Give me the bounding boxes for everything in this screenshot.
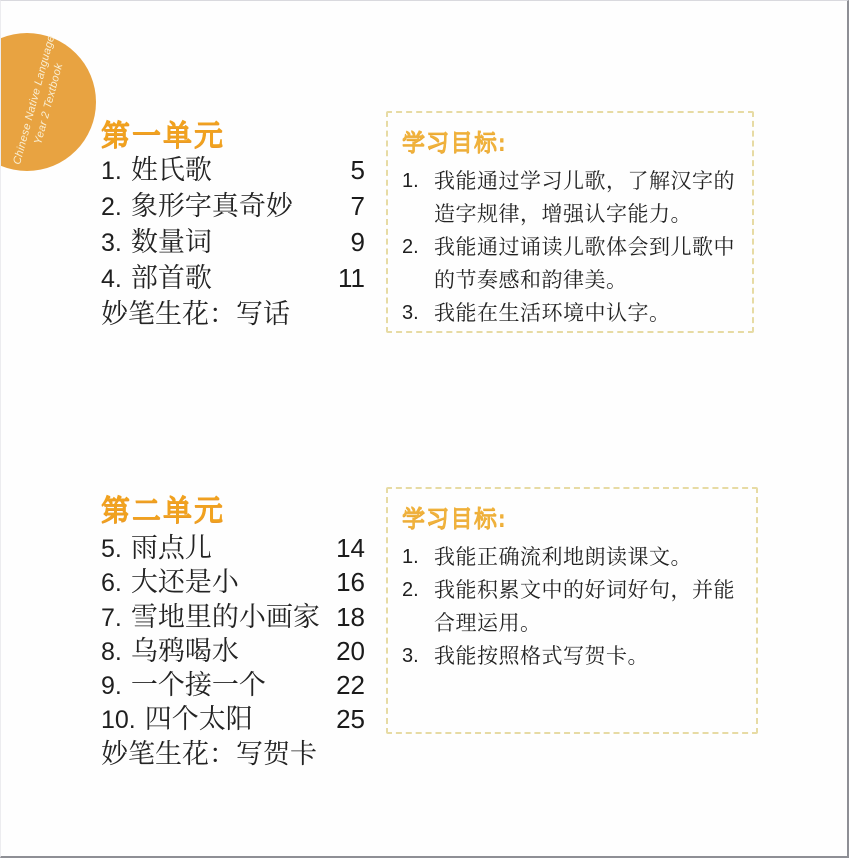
- lesson-number: 8.: [101, 638, 122, 666]
- lesson-number: 9.: [101, 672, 122, 700]
- lesson-row: 3.数量词 9: [101, 226, 365, 262]
- lesson-row: 5.雨点儿 14: [101, 532, 365, 566]
- lesson-row: 1.姓氏歌 5: [101, 154, 365, 190]
- lesson-page-number: 9: [351, 227, 365, 258]
- unit1-lesson-list: 1.姓氏歌 5 2.象形字真奇妙 7 3.数量词 9 4.部首歌 11 妙笔生花…: [101, 154, 365, 334]
- lesson-title: 姓氏歌: [131, 155, 212, 185]
- lesson-page-number: 7: [351, 191, 365, 222]
- objective-number: 1.: [402, 541, 434, 574]
- lesson-page-number: 18: [336, 602, 365, 633]
- objective-item: 2. 我能通过诵读儿歌体会到儿歌中的节奏感和韵律美。: [402, 231, 738, 297]
- lesson-number: 3.: [101, 229, 122, 257]
- unit2-title: 第二单元: [101, 488, 225, 529]
- objective-number: 1.: [402, 165, 434, 231]
- unit1-title: 第一单元: [101, 113, 225, 154]
- lesson-page-number: 14: [336, 533, 365, 564]
- lesson-title: 雨点儿: [131, 533, 212, 563]
- objective-text: 我能在生活环境中认字。: [434, 297, 671, 330]
- unit2-lesson-list: 5.雨点儿 14 6.大还是小 16 7.雪地里的小画家 18 8.乌鸦喝水 2…: [101, 532, 365, 772]
- textbook-badge-label: Chinese Native Language Year 2 Textbook: [10, 34, 74, 171]
- lesson-title: 妙笔生花：写贺卡: [101, 739, 317, 769]
- objective-number: 2.: [402, 574, 434, 640]
- lesson-title: 部首歌: [131, 263, 212, 293]
- lesson-number: 4.: [101, 265, 122, 293]
- objective-item: 1. 我能通过学习儿歌，了解汉字的造字规律，增强认字能力。: [402, 165, 738, 231]
- lesson-title: 大还是小: [131, 567, 239, 597]
- objective-text: 我能按照格式写贺卡。: [434, 640, 649, 673]
- objective-text: 我能正确流利地朗读课文。: [434, 541, 692, 574]
- lesson-number: 6.: [101, 569, 122, 597]
- unit2-objectives-box: 学习目标: 1. 我能正确流利地朗读课文。 2. 我能积累文中的好词好句，并能合…: [386, 487, 758, 734]
- lesson-title: 数量词: [131, 227, 212, 257]
- lesson-row: 8.乌鸦喝水 20: [101, 635, 365, 669]
- lesson-page-number: 11: [338, 263, 365, 294]
- lesson-title: 象形字真奇妙: [131, 191, 293, 221]
- lesson-page-number: 25: [336, 704, 365, 735]
- objective-text: 我能通过学习儿歌，了解汉字的造字规律，增强认字能力。: [434, 165, 738, 231]
- lesson-title: 四个太阳: [145, 704, 253, 734]
- objective-number: 3.: [402, 297, 434, 330]
- lesson-number: 7.: [101, 604, 122, 632]
- objective-item: 3. 我能按照格式写贺卡。: [402, 640, 742, 673]
- lesson-row: 4.部首歌 11: [101, 262, 365, 298]
- lesson-row: 妙笔生花：写贺卡: [101, 738, 365, 772]
- lesson-page-number: 20: [336, 636, 365, 667]
- lesson-title: 一个接一个: [131, 670, 266, 700]
- lesson-title: 雪地里的小画家: [131, 602, 320, 632]
- objective-text: 我能积累文中的好词好句，并能合理运用。: [434, 574, 742, 640]
- objective-item: 1. 我能正确流利地朗读课文。: [402, 541, 742, 574]
- lesson-title: 妙笔生花：写话: [101, 299, 290, 329]
- lesson-number: 1.: [101, 157, 122, 185]
- lesson-page-number: 22: [336, 670, 365, 701]
- lesson-row: 妙笔生花：写话: [101, 298, 365, 334]
- lesson-row: 2.象形字真奇妙 7: [101, 190, 365, 226]
- textbook-badge: Chinese Native Language Year 2 Textbook: [0, 33, 96, 171]
- lesson-title: 乌鸦喝水: [131, 636, 239, 666]
- objective-number: 2.: [402, 231, 434, 297]
- unit2-objectives-heading: 学习目标:: [402, 500, 742, 533]
- lesson-page-number: 16: [336, 567, 365, 598]
- textbook-contents-page: Chinese Native Language Year 2 Textbook …: [0, 0, 849, 858]
- lesson-row: 9.一个接一个 22: [101, 669, 365, 703]
- objective-item: 3. 我能在生活环境中认字。: [402, 297, 738, 330]
- lesson-number: 10.: [101, 706, 136, 734]
- lesson-row: 7.雪地里的小画家 18: [101, 601, 365, 635]
- lesson-number: 5.: [101, 535, 122, 563]
- objective-number: 3.: [402, 640, 434, 673]
- lesson-number: 2.: [101, 193, 122, 221]
- objective-item: 2. 我能积累文中的好词好句，并能合理运用。: [402, 574, 742, 640]
- unit1-objectives-box: 学习目标: 1. 我能通过学习儿歌，了解汉字的造字规律，增强认字能力。 2. 我…: [386, 111, 754, 333]
- lesson-page-number: 5: [351, 155, 365, 186]
- lesson-row: 6.大还是小 16: [101, 566, 365, 600]
- unit1-objectives-heading: 学习目标:: [402, 124, 738, 157]
- lesson-row: 10.四个太阳 25: [101, 703, 365, 737]
- objective-text: 我能通过诵读儿歌体会到儿歌中的节奏感和韵律美。: [434, 231, 738, 297]
